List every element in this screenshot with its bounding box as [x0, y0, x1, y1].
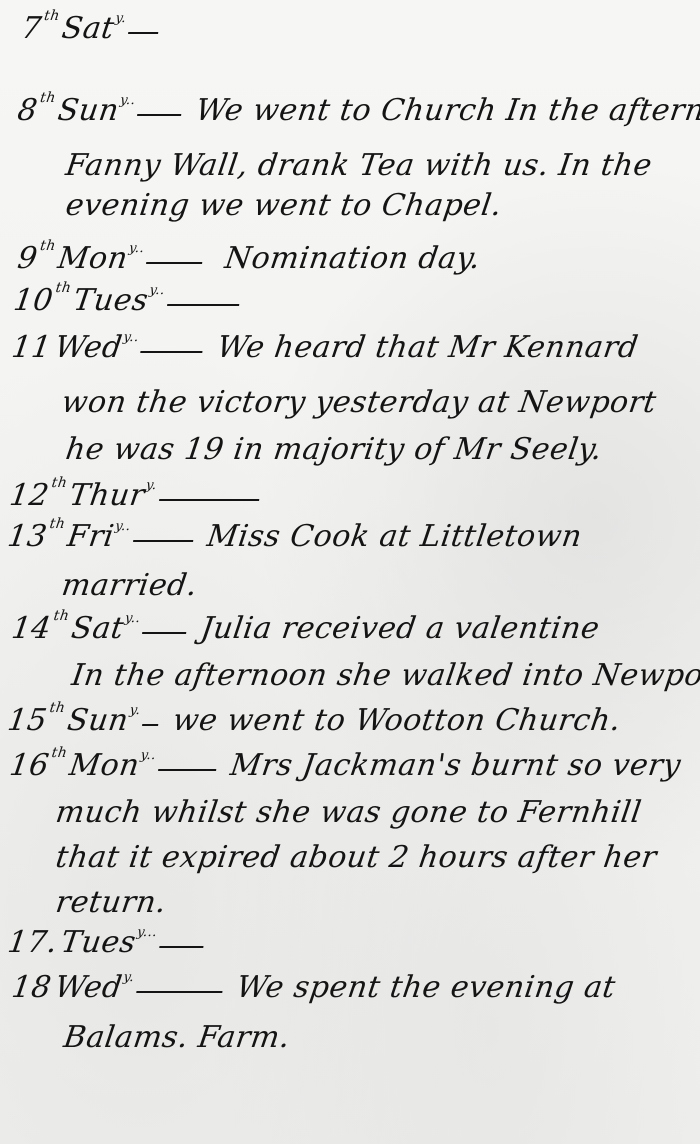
entry-day: Suny.. — [56, 93, 137, 128]
entry-day: Tuesy... — [59, 925, 158, 960]
diary-entry-18: 18Wedy.We spent the evening at — [10, 970, 618, 1005]
entry-date: 16th — [7, 745, 68, 783]
entry-day: Thury. — [67, 478, 158, 513]
entry-text: Nomination day. — [223, 241, 483, 276]
entry-dash — [142, 724, 158, 726]
diary-entry-13: 13thFriy..Miss Cook at Littletown — [5, 516, 584, 554]
entry-text: Mrs Jackman's burnt so very — [228, 748, 683, 783]
entry-continuation: Fanny Wall, drank Tea with us. In the — [64, 148, 655, 183]
entry-date: 12th — [7, 475, 68, 513]
entry-date: 17. — [6, 925, 60, 960]
entry-date: 8th — [15, 90, 57, 128]
diary-entry-7: 7thSaty. — [19, 8, 175, 46]
entry-date: 11 — [10, 330, 54, 365]
entry-dash — [146, 262, 202, 264]
entry-date: 7th — [19, 8, 61, 46]
entry-date: 15th — [5, 700, 66, 738]
entry-date: 10th — [11, 280, 72, 318]
entry-dash — [128, 32, 158, 34]
entry-text: Julia received a valentine — [199, 611, 602, 646]
entry-date: 18 — [10, 970, 54, 1005]
entry-dash — [142, 632, 186, 634]
entry-continuation: won the victory yesterday at Newport — [60, 385, 659, 420]
entry-day: Saty. — [60, 11, 128, 46]
entry-text: We went to Church In the afternoon — [194, 93, 700, 128]
entry-continuation: return. — [54, 885, 169, 920]
entry-date: 14th — [9, 608, 70, 646]
entry-dash — [141, 351, 203, 353]
entry-continuation: evening we went to Chapel. — [64, 188, 505, 223]
entry-text: we went to Wootton Church. — [171, 703, 623, 738]
diary-entry-12: 12thThury. — [7, 475, 276, 513]
entry-day: Mony.. — [56, 241, 146, 276]
diary-entry-15: 15thSuny.we went to Wootton Church. — [5, 700, 623, 738]
entry-day: Wedy. — [53, 970, 136, 1005]
entry-text: We spent the evening at — [234, 970, 617, 1005]
diary-entry-14: 14thSaty..Julia received a valentine — [9, 608, 602, 646]
entry-date: 13th — [5, 516, 66, 554]
entry-continuation: he was 19 in majority of Mr Seely. — [64, 432, 605, 467]
entry-day: Tuesy.. — [71, 283, 166, 318]
entry-dash — [159, 946, 203, 948]
entry-dash — [158, 769, 216, 771]
entry-dash — [137, 114, 181, 116]
entry-day: Friy.. — [65, 519, 132, 554]
diary-entry-17: 17.Tuesy... — [6, 925, 221, 960]
entry-text: Miss Cook at Littletown — [205, 519, 584, 554]
diary-entry-16: 16thMony..Mrs Jackman's burnt so very — [7, 745, 683, 783]
entry-date: 9th — [15, 238, 57, 276]
entry-day: Suny. — [65, 703, 141, 738]
entry-day: Saty.. — [69, 611, 141, 646]
entry-continuation: that it expired about 2 hours after her — [54, 840, 660, 875]
entry-text: We heard that Mr Kennard — [215, 330, 641, 365]
entry-dash — [136, 991, 222, 993]
entry-dash — [133, 540, 193, 542]
diary-entry-9: 9thMony..Nomination day. — [15, 238, 483, 276]
entry-day: Wedy.. — [53, 330, 140, 365]
entry-continuation: married. — [60, 568, 200, 603]
entry-dash — [159, 499, 259, 501]
diary-page: 7thSaty. 8thSuny..We went to Church In t… — [0, 0, 700, 1144]
diary-entry-11: 11Wedy..We heard that Mr Kennard — [10, 330, 641, 365]
entry-day: Mony.. — [67, 748, 157, 783]
entry-continuation: In the afternoon she walked into Newport — [70, 658, 700, 693]
diary-entry-10: 10thTuesy.. — [11, 280, 256, 318]
entry-continuation: much whilst she was gone to Fernhill — [54, 795, 644, 830]
diary-entry-8: 8thSuny..We went to Church In the aftern… — [15, 90, 700, 128]
entry-dash — [167, 304, 239, 306]
entry-continuation: Balams. Farm. — [62, 1020, 293, 1055]
